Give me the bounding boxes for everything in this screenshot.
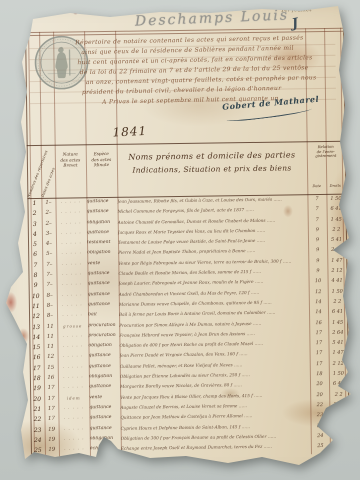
folio-note: 1er feuillet [281, 7, 312, 13]
preamble-line: président du tribunal civil, chevalier d… [82, 85, 282, 96]
cell-reg_date: 9 [308, 258, 327, 264]
cell-droits: 1 45 [329, 402, 348, 408]
cell-droits: 2 12 [330, 443, 349, 449]
cell-droits: 6 41 [328, 309, 347, 315]
cell-nature: · · · · · [57, 313, 88, 318]
cell-num: 3 [28, 221, 42, 228]
cell-date: 7– [43, 282, 57, 288]
cell-droits: 1 50 [326, 196, 345, 202]
header-parties-l2: Indications, Situation et prix des biens [117, 161, 307, 177]
cell-droits: 1 47 [329, 350, 348, 356]
cell-reg_date: 7 [308, 217, 327, 223]
cell-nature: · · · · · [57, 302, 88, 307]
cell-nature: · · · · · [56, 210, 87, 215]
cell-date: 17 [44, 416, 58, 422]
cell-reg_date: 22 [310, 402, 329, 408]
cell-num: 23 [31, 426, 45, 433]
cell-reg_date: 20 [310, 392, 329, 398]
cell-text: Échange entre Joseph Gsell et Raymond Du… [121, 443, 311, 456]
cell-nature: · · · · · [58, 416, 89, 421]
cell-nature: · · · · · [56, 240, 87, 245]
cell-acte: procuration [88, 333, 119, 338]
table-header-top-line [27, 141, 345, 146]
cell-nature: · · · · · [59, 446, 90, 451]
cell-acte: vente [89, 394, 120, 399]
cell-acte: quittance [89, 415, 120, 420]
cell-date: 2– [42, 210, 56, 216]
header-espece-l3: Minute [86, 162, 117, 168]
year-heading: 1841 [112, 124, 147, 140]
cell-reg_date: 7 [308, 206, 327, 212]
cell-num: 15 [29, 344, 43, 351]
cell-droits: 1 50 [328, 288, 347, 294]
cell-date: 7– [42, 262, 56, 268]
cell-date: 19 [45, 437, 59, 443]
cell-droits: 2 12 [329, 360, 348, 366]
cell-reg_date: 20 [310, 381, 329, 387]
cell-nature: · · · · · [57, 282, 88, 287]
preamble-line: an onze, contenant vingt-quatre feuillet… [86, 74, 317, 86]
cell-num: 12 [29, 313, 43, 320]
paper-sheet: Deschamps Louis 1er feuillet J Répertoir… [0, 0, 360, 480]
cell-date: 5– [42, 251, 56, 257]
cell-date: 17 [44, 406, 58, 412]
cell-num: 16 [30, 354, 44, 361]
cell-nature: · · · · · [58, 385, 89, 390]
cell-reg_date: 10 [309, 278, 328, 284]
cell-date: 2– [42, 220, 56, 226]
header-reg-l3: gistrement [307, 154, 345, 159]
cell-acte: quittance [88, 281, 119, 286]
header-reg-date: Date [307, 184, 326, 188]
cell-nature: · · · · · [56, 251, 87, 256]
cell-droits: 2 64 [328, 330, 347, 336]
cell-num: 20 [30, 396, 44, 403]
paraph-mark: J [291, 16, 300, 32]
cell-droits: 2 2 [329, 391, 348, 397]
cell-droits: 2 2 [328, 299, 347, 305]
cell-droits: 1 47 [330, 422, 349, 428]
cell-acte: obligation [90, 436, 121, 441]
cell-droits: 1 50 [329, 371, 348, 377]
cell-droits: 1 45 [327, 216, 346, 222]
header-dates: Dates des actes [41, 167, 56, 198]
cell-date: 17 [44, 395, 58, 401]
cell-reg_date: 18 [310, 371, 329, 377]
cell-reg_date: 9 [308, 227, 327, 233]
cell-nature: grosse [57, 323, 88, 328]
header-nature-l3: Brevet [55, 162, 86, 168]
cell-droits: 1 47 [327, 257, 346, 263]
header-enregistrement: Relation de l'enre- gistrement [307, 145, 345, 159]
cell-acte: quittance [89, 364, 120, 369]
cell-nature: · · · · · [58, 354, 89, 359]
cell-nature: · · · · · [56, 261, 87, 266]
cell-num: 18 [30, 375, 44, 382]
cell-acte: obligation [87, 219, 118, 224]
cell-reg_date: 14 [309, 309, 328, 315]
cell-reg_date: 17 [309, 340, 328, 346]
cell-reg_date: 17 [309, 330, 328, 336]
pencil-title: Deschamps Louis [135, 7, 290, 29]
table-body: 11–· · · · ·quittanceJean Joussaume, Rib… [27, 196, 349, 458]
cell-nature: · · · · · [57, 343, 88, 348]
cell-date: 15 [44, 364, 58, 370]
cell-acte: bail [88, 312, 119, 317]
cell-num: 14 [29, 334, 43, 341]
cell-date: 11 [43, 323, 57, 329]
cell-date: 8– [43, 303, 57, 309]
scanned-page: Deschamps Louis 1er feuillet J Répertoir… [0, 0, 360, 480]
cell-date: 1– [41, 200, 55, 206]
cell-reg_date: 25 [311, 443, 330, 449]
cell-nature: · · · · · [58, 374, 89, 379]
cell-nature: · · · · · [55, 199, 86, 204]
cell-droits: 5 41 [328, 340, 347, 346]
cell-date: 8– [43, 313, 57, 319]
header-espece: Espèce des actes Minute [86, 151, 117, 168]
cell-num: 21 [30, 406, 44, 413]
cell-nature: · · · · · [57, 333, 88, 338]
cell-date: 3– [42, 231, 56, 237]
cell-acte: quittance [86, 199, 117, 204]
header-parties: Noms prénoms et domicile des parties Ind… [117, 148, 307, 177]
cell-num: 10 [29, 293, 43, 300]
cell-num: 13 [29, 323, 43, 330]
cell-reg_date: 24 [311, 422, 330, 428]
cell-reg_date: 17 [310, 350, 329, 356]
cell-num: 11 [29, 303, 43, 310]
cell-acte: quittance [89, 384, 120, 389]
cell-reg_date: 14 [309, 299, 328, 305]
cell-acte: testament [87, 240, 118, 245]
cell-nature: · · · · · [56, 220, 87, 225]
cell-num: 24 [31, 437, 45, 444]
cell-acte: vente [87, 261, 118, 266]
cell-date: 12 [44, 354, 58, 360]
cell-reg_date: 9 [308, 268, 327, 274]
cell-droits: 2 2 [327, 227, 346, 233]
cell-acte: procuration [88, 322, 119, 327]
cell-acte: quittance [87, 230, 118, 235]
cell-droits: 5 41 [330, 432, 349, 438]
cell-acte: quittance [88, 292, 119, 297]
cell-acte: quittance [88, 302, 119, 307]
cell-num: 7 [28, 262, 42, 269]
cell-droits: 2 64 [327, 247, 346, 253]
cell-acte: échange [90, 446, 121, 451]
cell-num: 5 [28, 241, 42, 248]
cell-nature: · · · · · [58, 405, 89, 410]
cell-num: 19 [30, 385, 44, 392]
cell-droits: 6 41 [327, 206, 346, 212]
cell-reg_date: 24 [311, 433, 330, 439]
cell-reg_date: 12 [309, 289, 328, 295]
cell-acte: quittance [90, 425, 121, 430]
cell-date: 11 [43, 344, 57, 350]
cell-nature: · · · · · [56, 230, 87, 235]
cell-num: 2 [28, 210, 42, 217]
cell-date: 8– [43, 292, 57, 298]
cell-reg_date: 9 [308, 247, 327, 253]
cell-num: 9 [29, 282, 43, 289]
cell-acte: quittance [89, 353, 120, 358]
cell-acte: quittance [87, 209, 118, 214]
cell-date: 17 [44, 385, 58, 391]
cell-nature: · · · · · [59, 426, 90, 431]
cell-droits: 2 64 [329, 412, 348, 418]
cell-date: 11 [43, 334, 57, 340]
cell-date: 19 [45, 447, 59, 453]
cell-num: 17 [30, 365, 44, 372]
cell-droits: 1 45 [328, 319, 347, 325]
cell-acte: obligation [87, 250, 118, 255]
cell-date: 16 [44, 375, 58, 381]
cell-reg_date: 9 [308, 237, 327, 243]
cell-acte: quittance [89, 405, 120, 410]
cell-acte: obligation [89, 374, 120, 379]
cell-num: 22 [30, 416, 44, 423]
cell-reg_date: 7 [307, 196, 326, 202]
cell-nature: · · · · · [56, 271, 87, 276]
header-reg-droits: Droits [326, 184, 344, 188]
cell-droits: 5 41 [327, 237, 346, 243]
cell-date: 4– [42, 241, 56, 247]
cell-reg_date: 23 [310, 412, 329, 418]
cell-reg_date: 16 [309, 320, 328, 326]
cell-num: 8 [28, 272, 42, 279]
cell-num: 25 [31, 447, 45, 454]
cell-acte: obligation [88, 343, 119, 348]
header-nature: Nature des actes Brevet [55, 151, 86, 168]
cell-reg_date: 17 [310, 361, 329, 367]
cell-num: 4 [28, 231, 42, 238]
cell-num: 1 [27, 200, 41, 207]
cell-droits: 6 41 [329, 381, 348, 387]
cell-date: 7– [42, 272, 56, 278]
form-layout: Deschamps Louis 1er feuillet J Répertoir… [0, 0, 360, 480]
cell-num: 6 [28, 251, 42, 258]
cell-nature: idem [58, 395, 89, 400]
cell-date: 19 [45, 426, 59, 432]
cell-acte: quittance [87, 271, 118, 276]
cell-nature: · · · · · [58, 364, 89, 369]
cell-droits: 2 12 [327, 268, 346, 274]
cell-nature: · · · · · [59, 436, 90, 441]
cell-nature: · · · · · [57, 292, 88, 297]
cell-droits: 4 41 [328, 278, 347, 284]
